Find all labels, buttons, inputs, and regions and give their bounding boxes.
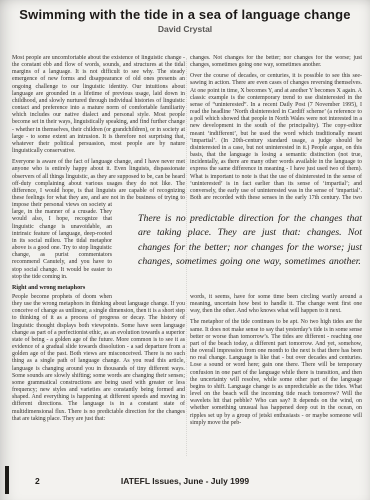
scanned-article-page: Swimming with the tide in a sea of langu… <box>0 0 370 500</box>
footer-issue-label: IATEFL Issues, June - July 1999 <box>0 476 370 486</box>
left-paragraph-3: People become prophets of doom when they… <box>12 294 185 423</box>
right-paragraph-3: The metaphor of the tide continues to be… <box>190 319 362 426</box>
page-title: Swimming with the tide in a sea of langu… <box>0 7 370 22</box>
left-paragraph-1: Most people are uncomfortable about the … <box>12 55 185 155</box>
pull-quote: There is no predictable direction for th… <box>138 212 362 270</box>
right-paragraph-1: changes. Not changes for the better; nor… <box>190 55 362 69</box>
author-byline: David Crystal <box>0 24 370 34</box>
